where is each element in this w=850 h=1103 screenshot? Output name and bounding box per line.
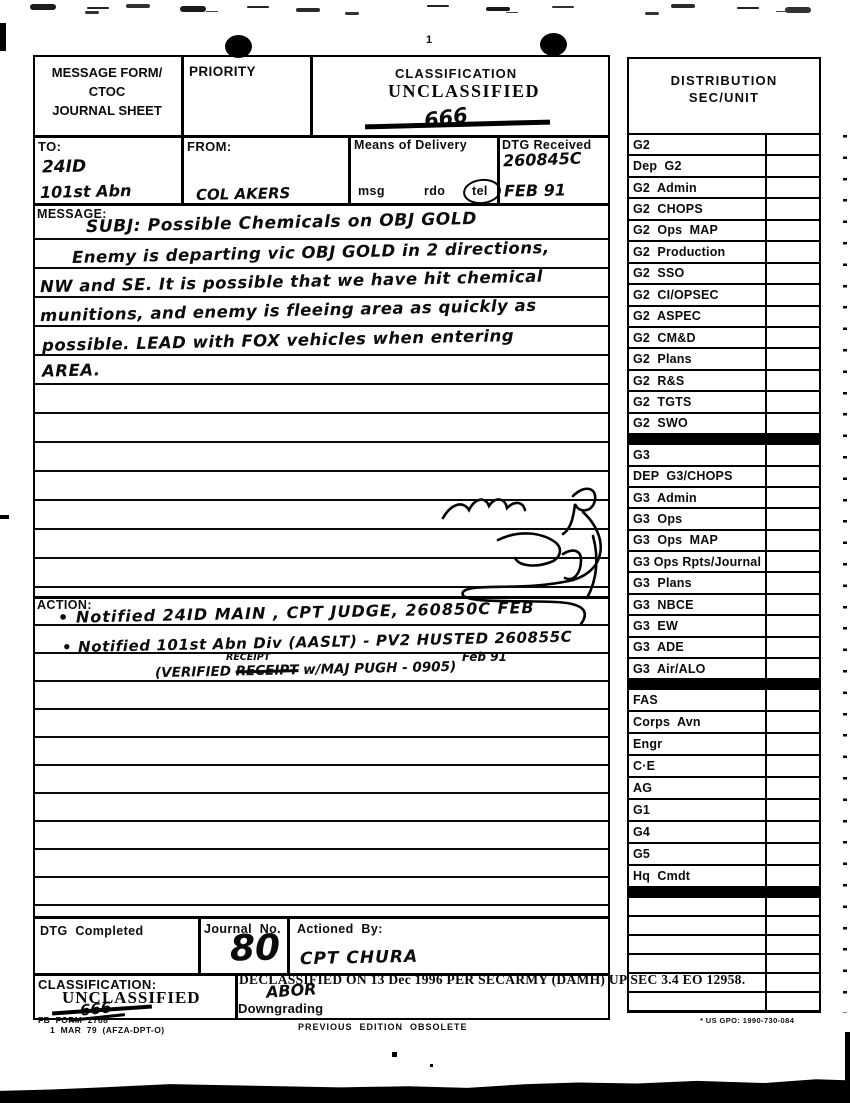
- distribution-row: G3 NBCE: [629, 595, 819, 616]
- scan-artifact: [392, 1052, 397, 1057]
- page-edge-ticks: [843, 135, 847, 1013]
- divider: [33, 203, 610, 206]
- declassified-stamp: DECLASSIFIED ON 13 Dec 1996 PER SECARMY …: [239, 972, 745, 988]
- ruled-line: [35, 586, 608, 588]
- from-label: FROM:: [187, 139, 232, 154]
- distribution-row-label: FAS: [629, 693, 658, 707]
- delivery-label: Means of Delivery: [354, 138, 467, 152]
- distribution-row: G3 Ops MAP: [629, 531, 819, 552]
- journal-no-value: 80: [230, 927, 281, 969]
- ruled-line: [35, 708, 608, 710]
- scan-bottom-edge: [0, 1076, 850, 1103]
- distribution-row: G3 EW: [629, 616, 819, 637]
- distribution-header-line: SEC/UNIT: [629, 89, 819, 106]
- distribution-row-label: Engr: [629, 737, 662, 751]
- ruled-line: [35, 764, 608, 766]
- distribution-column: DISTRIBUTION SEC/UNIT G2Dep G2G2 AdminG2…: [627, 57, 821, 1013]
- verified-suffix: w/MAJ PUGH - 0905): [298, 659, 456, 678]
- distribution-row: G3 Ops: [629, 509, 819, 530]
- scan-noise-band: [85, 11, 99, 14]
- distribution-row: G2: [629, 135, 819, 156]
- distribution-row-label: G3 Admin: [629, 491, 697, 505]
- ruled-line: [35, 296, 608, 298]
- distribution-row-label: G1: [629, 803, 650, 817]
- dtg-received-value: FEB 91: [504, 180, 566, 200]
- distribution-row: G3 Air/ALO: [629, 659, 819, 680]
- ruled-line: [35, 652, 608, 654]
- distribution-row: G3 ADE: [629, 638, 819, 659]
- ruled-line: [35, 904, 608, 906]
- distribution-row-label: Corps Avn: [629, 715, 701, 729]
- to-value: 24ID: [42, 157, 87, 178]
- ruled-line: [35, 325, 608, 327]
- distribution-row-label: G3 Ops Rpts/Journal: [629, 555, 761, 569]
- distribution-row: G2 Plans: [629, 349, 819, 370]
- distribution-row: [629, 898, 819, 917]
- distribution-row-label: G2 Plans: [629, 352, 692, 366]
- distribution-row: G2 CI/OPSEC: [629, 285, 819, 306]
- to-label: TO:: [38, 139, 61, 154]
- distribution-row: Hq Cmdt: [629, 866, 819, 888]
- distribution-row-label: G2 SWO: [629, 416, 688, 430]
- distribution-row-label: G2 CM&D: [629, 331, 696, 345]
- distribution-row: G2 R&S: [629, 371, 819, 392]
- distribution-row: G2 Ops MAP: [629, 221, 819, 242]
- distribution-header: DISTRIBUTION SEC/UNIT: [629, 59, 819, 135]
- scan-noise-band: [30, 4, 56, 10]
- scan-artifact: [430, 1064, 433, 1067]
- distribution-row-label: G5: [629, 847, 650, 861]
- stray-mark: 1: [426, 34, 432, 46]
- verified-prefix: (VERIFIED: [155, 663, 236, 681]
- distribution-row-label: G3 Ops: [629, 512, 682, 526]
- distribution-rows: G2Dep G2G2 AdminG2 CHOPSG2 Ops MAPG2 Pro…: [629, 135, 819, 1012]
- divider: [198, 916, 201, 973]
- distribution-row-label: G3 EW: [629, 619, 678, 633]
- distribution-row: FAS: [629, 690, 819, 712]
- distribution-row-label: Hq Cmdt: [629, 869, 690, 883]
- scan-artifact: [0, 23, 6, 51]
- form-title-line: MESSAGE FORM/: [36, 63, 178, 82]
- divider: [33, 916, 610, 919]
- distribution-row: G4: [629, 822, 819, 844]
- form-title: MESSAGE FORM/ CTOC JOURNAL SHEET: [36, 63, 178, 120]
- distribution-row-label: G3 Air/ALO: [629, 662, 706, 676]
- ruled-line: [35, 557, 608, 559]
- distribution-divider-bar: [629, 680, 819, 690]
- distribution-row-label: AG: [629, 781, 652, 795]
- ruled-line: [35, 876, 608, 878]
- ruled-line: [35, 624, 608, 626]
- ruled-line: [35, 528, 608, 530]
- distribution-row-label: G2: [629, 138, 650, 152]
- distribution-row: G3 Plans: [629, 573, 819, 594]
- form-date-line: 1 MAR 79 (AFZA-DPT-O): [50, 1025, 164, 1035]
- priority-label: PRIORITY: [189, 64, 256, 79]
- distribution-row: G2 CHOPS: [629, 199, 819, 220]
- distribution-row: G2 Admin: [629, 178, 819, 199]
- distribution-row-label: G2 SSO: [629, 266, 684, 280]
- distribution-row-label: DEP G3/CHOPS: [629, 469, 733, 483]
- distribution-row: G5: [629, 844, 819, 866]
- ruled-line: [35, 412, 608, 414]
- scanned-message-form-page: 1 MESSAGE FORM/ CTOC JOURNAL SHEET PRIOR…: [0, 0, 850, 1103]
- ruled-line: [35, 441, 608, 443]
- distribution-row: G2 CM&D: [629, 328, 819, 349]
- distribution-row: Engr: [629, 734, 819, 756]
- distribution-row: DEP G3/CHOPS: [629, 467, 819, 488]
- distribution-divider-bar: [629, 435, 819, 445]
- distribution-row-label: G2 ASPEC: [629, 309, 701, 323]
- scan-artifact: [0, 515, 9, 519]
- punch-hole: [540, 33, 567, 56]
- ruled-line: [35, 354, 608, 356]
- from-value: COL AKERS: [196, 184, 291, 204]
- distribution-row: G3 Admin: [629, 488, 819, 509]
- to-value: 101st Abn: [40, 181, 132, 202]
- divider: [287, 916, 290, 973]
- distribution-row-label: G2 CI/OPSEC: [629, 288, 719, 302]
- divider: [181, 55, 184, 205]
- classification-label: CLASSIFICATION: [395, 66, 517, 81]
- distribution-row-label: G3 ADE: [629, 640, 684, 654]
- distribution-row: G1: [629, 800, 819, 822]
- distribution-row: Dep G2: [629, 156, 819, 177]
- distribution-row: C·E: [629, 756, 819, 778]
- divider: [348, 135, 351, 205]
- distribution-row-label: G2 TGTS: [629, 395, 692, 409]
- form-title-line: CTOC: [36, 82, 178, 101]
- distribution-row-label: C·E: [629, 759, 655, 773]
- distribution-row-label: G2 R&S: [629, 374, 684, 388]
- distribution-row: G3: [629, 445, 819, 466]
- distribution-row: Corps Avn: [629, 712, 819, 734]
- distribution-row-label: G4: [629, 825, 650, 839]
- distribution-row: AG: [629, 778, 819, 800]
- distribution-row-label: G2 CHOPS: [629, 202, 703, 216]
- ruled-line: [35, 238, 608, 240]
- ruled-line: [35, 267, 608, 269]
- distribution-row-label: G3 Ops MAP: [629, 533, 718, 547]
- dtg-completed-label: DTG Completed: [40, 924, 144, 938]
- distribution-row-label: G3: [629, 448, 650, 462]
- distribution-row: G2 ASPEC: [629, 307, 819, 328]
- divider: [310, 55, 313, 135]
- distribution-row: [629, 936, 819, 955]
- classification-value-stamp: UNCLASSIFIED: [388, 81, 540, 102]
- distribution-row-label: G3 Plans: [629, 576, 692, 590]
- distribution-row: G3 Ops Rpts/Journal: [629, 552, 819, 573]
- distribution-row-label: G2 Ops MAP: [629, 223, 718, 237]
- ruled-line: [35, 499, 608, 501]
- actioned-by-label: Actioned By:: [297, 922, 383, 936]
- gpo-note: * US GPO: 1990-730-084: [700, 1016, 794, 1025]
- actioned-by-value: CPT CHURA: [300, 947, 419, 969]
- delivery-option-msg: msg: [358, 184, 385, 198]
- dtg-received-value: 260845C: [503, 149, 582, 171]
- ruled-line: [35, 820, 608, 822]
- distribution-row: [629, 993, 819, 1012]
- message-line: AREA.: [42, 360, 101, 380]
- distribution-row: G2 Production: [629, 242, 819, 263]
- ruled-line: [35, 383, 608, 385]
- delivery-option-rdo: rdo: [424, 184, 445, 198]
- distribution-check-column-divider: [765, 135, 767, 1013]
- verified-struck-word: RECEIPT: [235, 662, 298, 679]
- form-title-line: JOURNAL SHEET: [36, 101, 178, 120]
- distribution-header-line: DISTRIBUTION: [629, 72, 819, 89]
- distribution-row-label: G2 Production: [629, 245, 725, 259]
- ruled-line: [35, 848, 608, 850]
- downgrading-label: Downgrading: [238, 1001, 323, 1016]
- distribution-row: [629, 917, 819, 936]
- distribution-row: G2 SSO: [629, 264, 819, 285]
- edition-note: PREVIOUS EDITION OBSOLETE: [298, 1022, 468, 1032]
- distribution-row-label: Dep G2: [629, 159, 682, 173]
- distribution-row-label: G2 Admin: [629, 181, 697, 195]
- distribution-divider-bar: [629, 888, 819, 898]
- distribution-row: G2 SWO: [629, 414, 819, 435]
- ruled-line: [35, 470, 608, 472]
- distribution-row: G2 TGTS: [629, 392, 819, 413]
- form-number: FB FORM 2768: [38, 1015, 108, 1025]
- ruled-line: [35, 792, 608, 794]
- distribution-row-label: G3 NBCE: [629, 598, 694, 612]
- ruled-line: [35, 736, 608, 738]
- ruled-line: [35, 680, 608, 682]
